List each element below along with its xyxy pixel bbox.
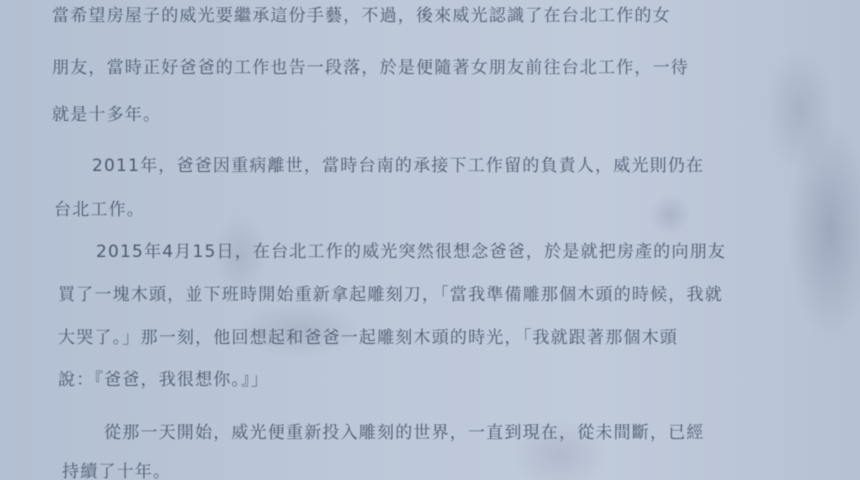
document-body: 當希望房屋子的威光要繼承這份手藝，不過，後來威光認識了在台北工作的女 朋友，當時… bbox=[0, 0, 860, 480]
text-line: 當希望房屋子的威光要繼承這份手藝，不過，後來威光認識了在台北工作的女 bbox=[52, 6, 671, 26]
text-line: 就是十多年。 bbox=[52, 105, 161, 125]
text-line: 台北工作。 bbox=[54, 200, 145, 220]
text-line: 朋友，當時正好爸爸的工作也告一段落，於是便隨著女朋友前往台北工作，一待 bbox=[52, 58, 689, 78]
text-line: 2011年，爸爸因重病離世，當時台南的承接下工作留的負責人，威光則仍在 bbox=[92, 156, 704, 176]
text-line: 持續了十年。 bbox=[62, 462, 171, 480]
text-line: 買了一塊木頭，並下班時開始重新拿起雕刻刀，「當我準備雕那個木頭的時候，我就 bbox=[58, 285, 723, 305]
text-line: 從那一天開始，威光便重新投入雕刻的世界，一直到現在，從未間斷，已經 bbox=[104, 423, 705, 443]
text-line: 大哭了。」那一刻，他回想起和爸爸一起雕刻木頭的時光，「我就跟著那個木頭 bbox=[58, 328, 678, 348]
text-line: 說：『爸爸，我很想你。』」 bbox=[58, 370, 269, 390]
text-line: 2015年4月15日，在台北工作的威光突然很想念爸爸，於是就把房產的向朋友 bbox=[96, 242, 726, 262]
